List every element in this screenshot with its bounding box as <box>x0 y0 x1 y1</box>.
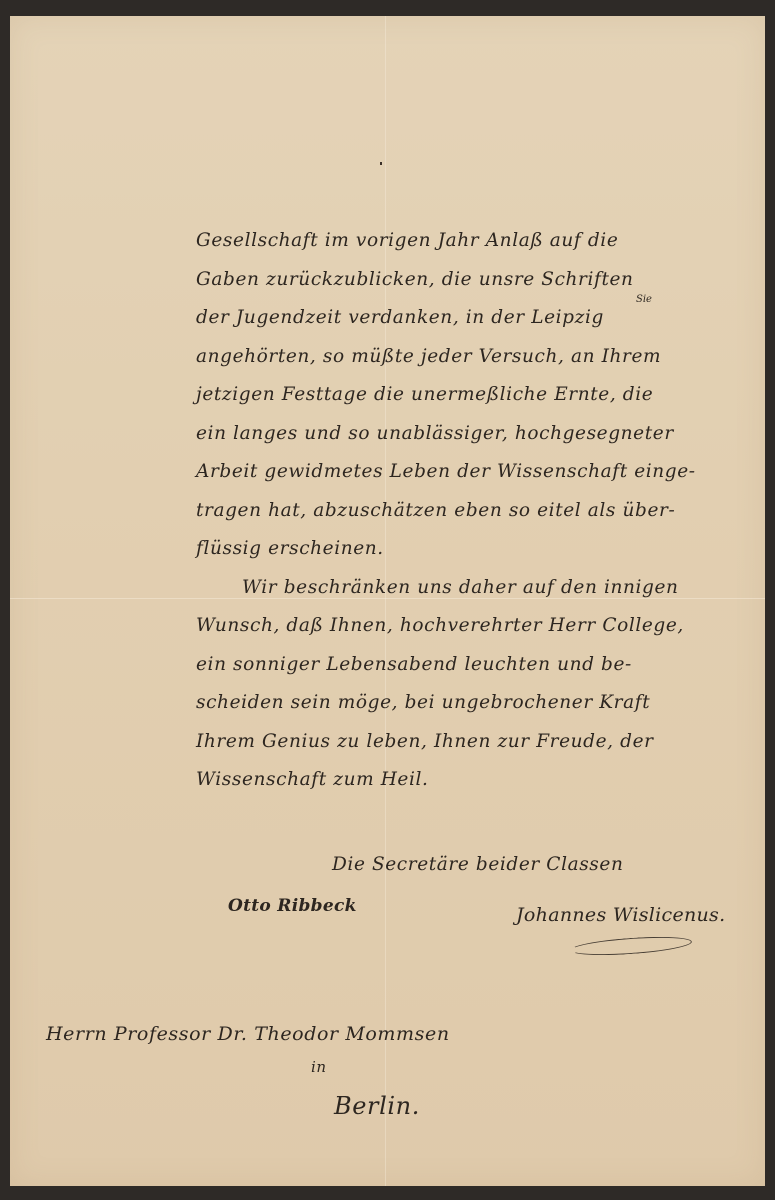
vertical-fold-line <box>385 16 386 1186</box>
body-line-13: scheiden sein möge, bei ungebrochener Kr… <box>196 692 650 713</box>
body-line-15: Wissenschaft zum Heil. <box>196 769 429 790</box>
inserted-word: Sie <box>636 294 652 305</box>
body-line-12: ein sonniger Lebensabend leuchten und be… <box>196 654 632 675</box>
body-line-14: Ihrem Genius zu leben, Ihnen zur Freude,… <box>196 731 654 752</box>
signature-left: Otto Ribbeck <box>228 896 357 916</box>
body-line-11: Wunsch, daß Ihnen, hochverehrter Herr Co… <box>196 615 684 636</box>
ink-dot <box>380 162 382 165</box>
signature-flourish <box>570 934 693 958</box>
closing-line: Die Secretäre beider Classen <box>332 854 623 875</box>
body-line-5: jetzigen Festtage die unermeßliche Ernte… <box>196 384 653 405</box>
body-line-4: angehörten, so müßte jeder Versuch, an I… <box>196 346 661 367</box>
body-line-3: der Jugendzeit verdanken, in der Leipzig <box>196 307 604 328</box>
address-recipient: Herrn Professor Dr. Theodor Mommsen <box>46 1023 450 1045</box>
body-line-8: tragen hat, abzuschätzen eben so eitel a… <box>196 500 675 521</box>
body-line-10: Wir beschränken uns daher auf den innige… <box>242 577 679 598</box>
body-line-9: flüssig erscheinen. <box>196 538 384 559</box>
signature-right: Johannes Wislicenus. <box>516 904 725 926</box>
address-city: Berlin. <box>334 1092 420 1120</box>
letter-page: Gesellschaft im vorigen Jahr Anlaß auf d… <box>10 16 765 1186</box>
address-preposition: in <box>311 1058 327 1076</box>
body-line-2: Gaben zurückzublicken, die unsre Schrift… <box>196 269 634 290</box>
body-line-1: Gesellschaft im vorigen Jahr Anlaß auf d… <box>196 230 618 251</box>
horizontal-fold-line <box>10 598 765 599</box>
body-line-7: Arbeit gewidmetes Leben der Wissenschaft… <box>196 461 696 482</box>
body-line-6: ein langes und so unablässiger, hochgese… <box>196 423 674 444</box>
